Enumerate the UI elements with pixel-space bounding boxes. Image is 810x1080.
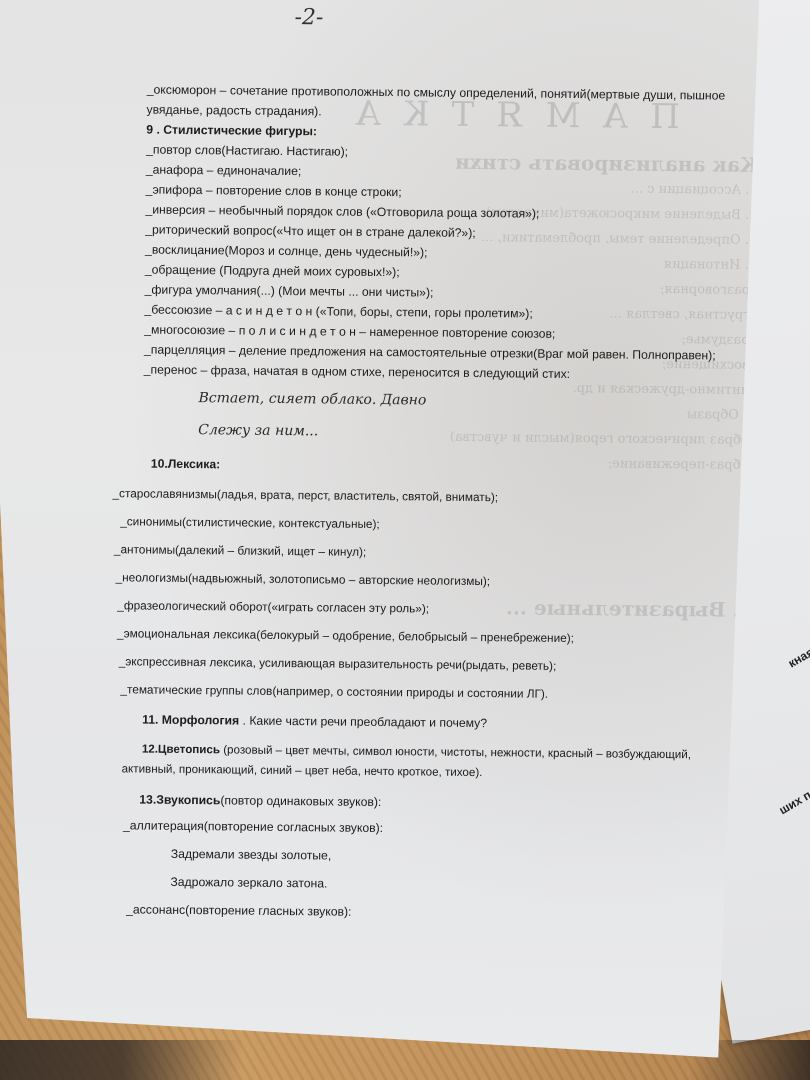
section-12-text: (розовый – цвет мечты, символ юности, чи… xyxy=(220,743,691,761)
section-13-text: (повтор одинаковых звуков): xyxy=(220,793,381,809)
section-11-text: . Какие части речи преобладают и почему? xyxy=(239,714,487,731)
alliteration-example-line: Задрожало зеркало затона. xyxy=(170,872,778,898)
document-content: _оксюморон – сочетание противоположных п… xyxy=(138,80,787,927)
document-page: ПАМЯТКА Как анализировать стихи 1. Ассоц… xyxy=(0,0,760,1058)
alliteration-example-line: Задремали звезды золотые, xyxy=(171,844,779,870)
verse-line: Слежу за ним... xyxy=(198,416,783,450)
page-number: -2- xyxy=(294,5,323,30)
list-item: _тематические группы слов(например, о со… xyxy=(120,675,780,710)
section-10-heading: 10.Лексика: xyxy=(151,454,783,481)
section-12-heading: 12.Цветопись xyxy=(142,743,220,757)
back-sheet-fragment: кная, пей xyxy=(786,631,810,671)
section-11-heading: 11. Морфология xyxy=(142,713,239,728)
section-13-heading: 13.Звукопись xyxy=(139,793,220,808)
back-sheet-fragment: ших поэтов. xyxy=(777,769,810,817)
assonance-item: _ассонанс(повторение гласных звуков): xyxy=(126,899,778,926)
alliteration-item: _аллитерация(повторение согласных звуков… xyxy=(123,815,779,842)
section-13: 13.Звукопись(повтор одинаковых звуков): xyxy=(139,790,779,817)
verse-line: Встает, сияет облако. Давно xyxy=(198,384,783,418)
section-11: 11. Морфология . Какие части речи преобл… xyxy=(142,710,780,737)
